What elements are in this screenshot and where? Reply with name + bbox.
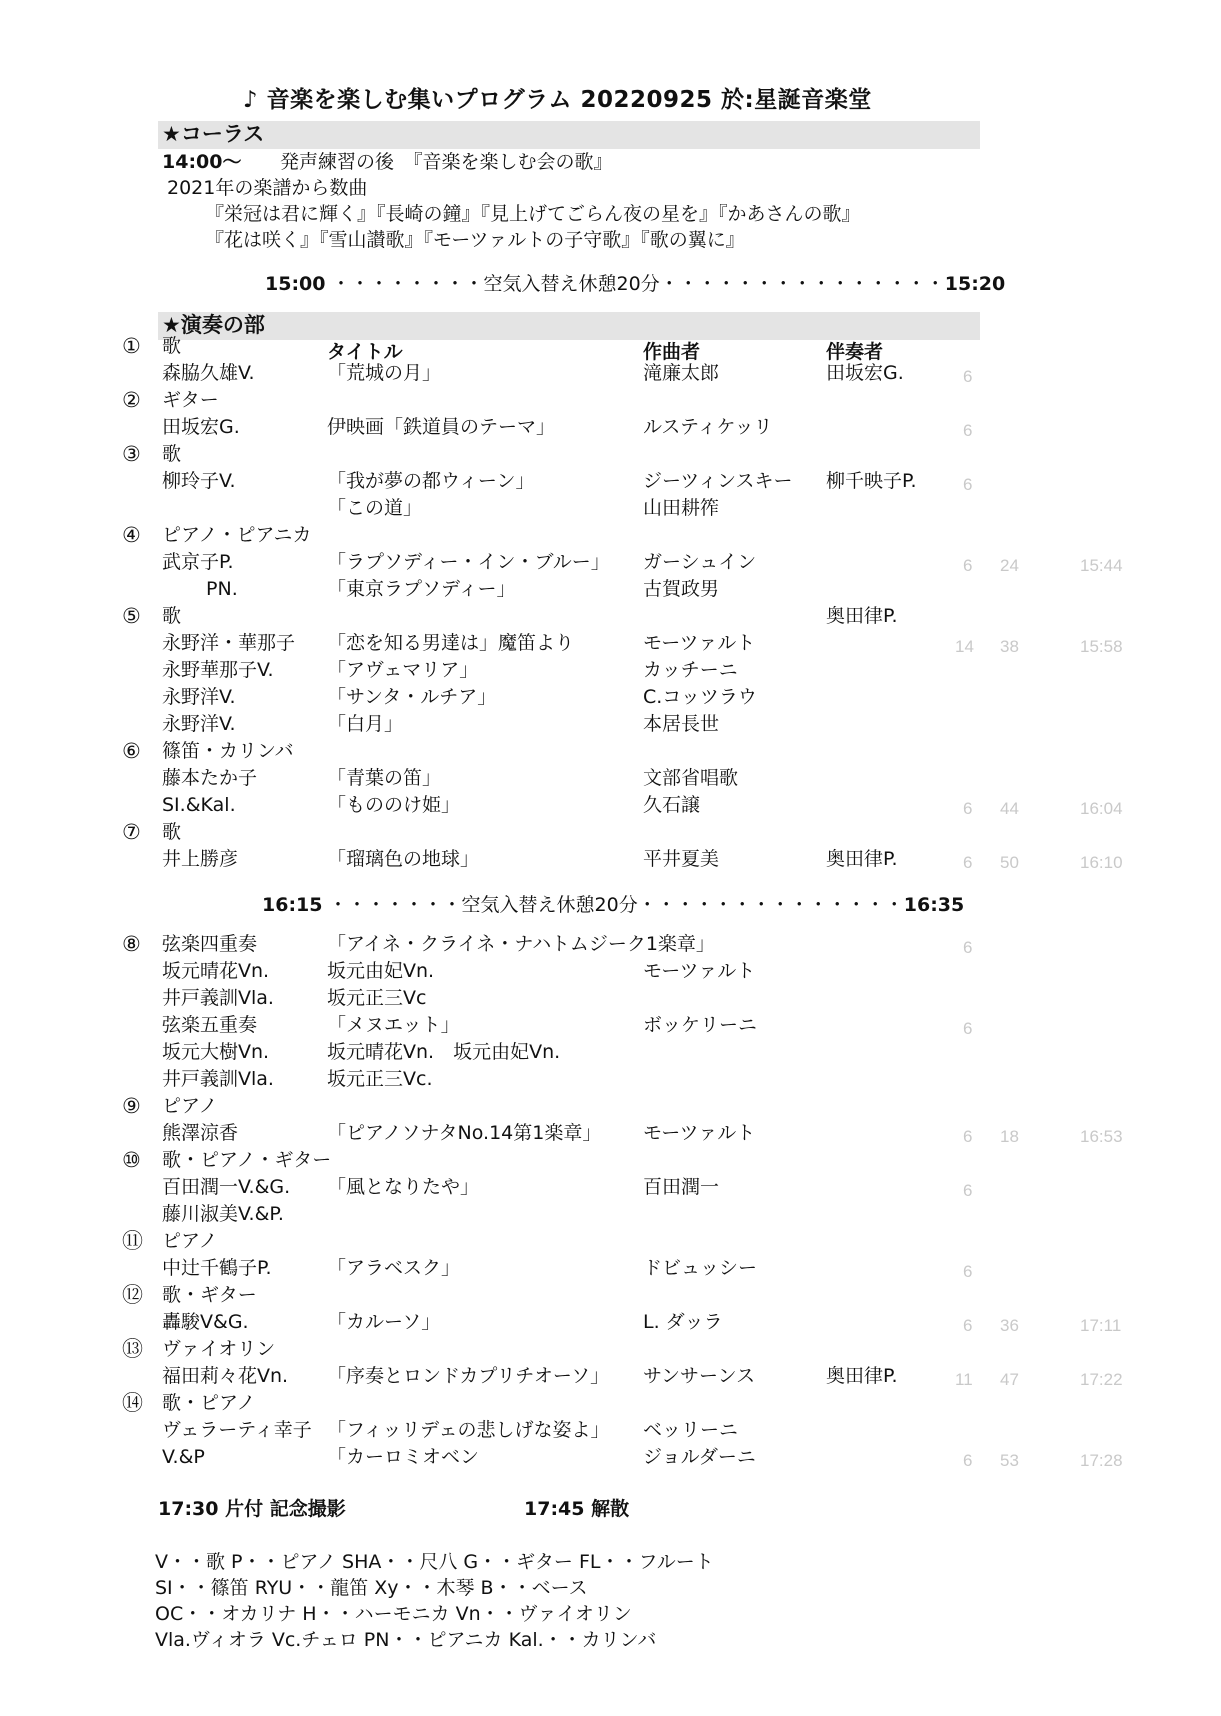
column-header-composer: 作曲者	[643, 343, 700, 362]
act-instrument: 歌	[162, 445, 181, 464]
performer: 坂元大樹Vn.	[162, 1043, 269, 1062]
composer: 百田潤一	[643, 1178, 719, 1197]
accompanist: 柳千映子P.	[826, 472, 917, 491]
accompanist: 田坂宏G.	[826, 364, 904, 383]
performer: 坂元晴花Vn.	[162, 962, 269, 981]
break-2-dots-left: ・・・・・・・	[329, 894, 462, 916]
song-title: 「メヌエット」	[327, 1016, 460, 1035]
accompanist: 奥田律P.	[826, 850, 898, 869]
performer: 武京子P.	[162, 553, 234, 572]
duration-minutes: 6	[963, 800, 972, 817]
cumulative-minutes: 53	[1000, 1452, 1019, 1469]
composer: ベッリーニ	[643, 1421, 738, 1440]
end-time: 17:28	[1080, 1452, 1123, 1469]
act-instrument: ピアノ	[162, 1097, 217, 1116]
song-title: 「もののけ姫」	[327, 796, 460, 815]
song-title: 「アラベスク」	[327, 1259, 460, 1278]
cumulative-minutes: 44	[1000, 800, 1019, 817]
chorus-section-bar	[158, 121, 980, 149]
duration-minutes: 6	[963, 476, 972, 493]
act-instrument: 歌・ギター	[162, 1286, 257, 1305]
break-2-label: 空気入替え休憩20分	[462, 894, 638, 916]
chorus-line-2: 2021年の楽譜から数曲	[167, 179, 367, 198]
song-title: 「フィッリデェの悲しげな姿よ」	[327, 1421, 610, 1440]
song-title: 「カルーソ」	[327, 1313, 440, 1332]
composer: ジョルダーニ	[643, 1448, 756, 1467]
song-title: 「ピアノソナタNo.14第1楽章」	[327, 1124, 601, 1143]
duration-minutes: 6	[963, 1452, 972, 1469]
act-number: ④	[122, 525, 141, 546]
end-time: 17:11	[1080, 1317, 1121, 1334]
act-number: ⑧	[122, 934, 141, 955]
performer: 中辻千鶴子P.	[162, 1259, 272, 1278]
duration-minutes: 6	[963, 1128, 972, 1145]
song-title: 「恋を知る男達は」魔笛より	[327, 634, 574, 653]
performer: 井戸義訓Vla.	[162, 1070, 274, 1089]
composer: 本居長世	[643, 715, 719, 734]
act-instrument: ピアノ・ピアニカ	[162, 526, 312, 545]
performer: SI.&Kal.	[162, 796, 236, 815]
duration-minutes: 6	[963, 1263, 972, 1280]
song-title: 「風となりたや」	[327, 1178, 479, 1197]
duration-minutes: 14	[955, 638, 974, 655]
chorus-songs-line-2: 『花は咲く』『雪山讃歌』『モーツァルトの子守歌』『歌の翼に』	[205, 231, 745, 250]
composer: C.コッツラウ	[643, 688, 757, 707]
program-title: ♪ 音楽を楽しむ集いプログラム 20220925 於:星誕音楽堂	[243, 89, 872, 112]
cumulative-minutes: 36	[1000, 1317, 1019, 1334]
song-title: 「サンタ・ルチア」	[327, 688, 496, 707]
act-number: ⑨	[122, 1096, 141, 1117]
act-number: ⑩	[122, 1150, 141, 1171]
song-title: 「カーロミオベン	[327, 1448, 479, 1467]
performer: 柳玲子V.	[162, 472, 236, 491]
song-title: 「序奏とロンドカプリチオーソ」	[327, 1367, 609, 1386]
abbreviation-legend-line-2: SI・・篠笛 RYU・・龍笛 Xy・・木琴 B・・ベース	[155, 1579, 588, 1598]
performer: 井上勝彦	[162, 850, 238, 869]
composer: ルスティケッリ	[643, 418, 773, 437]
performer: 森脇久雄V.	[162, 364, 255, 383]
accompanist: 奥田律P.	[826, 1367, 898, 1386]
act-number: ⑫	[122, 1285, 143, 1306]
composer: 平井夏美	[643, 850, 719, 869]
song-title: 「瑠璃色の地球」	[327, 850, 479, 869]
song-title: 坂元正三Vc	[327, 989, 426, 1008]
end-time: 16:10	[1080, 854, 1123, 871]
chorus-line-1: 発声練習の後 『音楽を楽しむ会の歌』	[280, 153, 613, 172]
performer: 永野洋V.	[162, 688, 236, 707]
performer: 永野洋・華那子	[162, 634, 295, 653]
act-number: ③	[122, 444, 141, 465]
performer: V.&P	[162, 1448, 205, 1467]
composer: サンサーンス	[643, 1367, 755, 1386]
performance-section-bar	[158, 312, 980, 340]
song-title: 「この道」	[327, 499, 422, 518]
break-1: 15:00 ・・・・・・・・空気入替え休憩20分・・・・・・・・・・・・・・・1…	[265, 275, 1005, 294]
end-time: 16:04	[1080, 800, 1123, 817]
song-title: 坂元正三Vc.	[327, 1070, 432, 1089]
break-2-end: 16:35	[904, 894, 964, 916]
performer: 百田潤一V.&G.	[162, 1178, 290, 1197]
accompanist: 奥田律P.	[826, 607, 898, 626]
song-title: 伊映画「鉄道員のテーマ」	[327, 418, 555, 437]
song-title: 「アヴェマリア」	[327, 661, 478, 680]
act-instrument: 篠笛・カリンバ	[162, 742, 294, 761]
act-number: ⑭	[122, 1393, 143, 1414]
composer: L. ダッラ	[643, 1313, 723, 1332]
act-instrument: ヴァイオリン	[162, 1340, 275, 1359]
break-2-start: 16:15	[262, 894, 322, 916]
composer: 古賀政男	[643, 580, 719, 599]
cumulative-minutes: 47	[1000, 1371, 1019, 1388]
composer: 久石譲	[643, 796, 700, 815]
end-time: 17:22	[1080, 1371, 1123, 1388]
composer: ガーシュイン	[643, 553, 756, 572]
chorus-start-time: 14:00～	[162, 153, 241, 172]
composer: ジーツィンスキー	[643, 472, 793, 491]
abbreviation-legend-line-4: Vla.ヴィオラ Vc.チェロ PN・・ピアニカ Kal.・・カリンバ	[155, 1631, 656, 1650]
closing-cleanup: 17:30 片付 記念撮影	[158, 1500, 346, 1519]
duration-minutes: 6	[963, 422, 972, 439]
performer: 弦楽五重奏	[162, 1016, 257, 1035]
break-1-dots-left: ・・・・・・・・	[332, 273, 484, 295]
composer: モーツァルト	[643, 1124, 755, 1143]
abbreviation-legend-line-1: V・・歌 P・・ピアノ SHA・・尺八 G・・ギター FL・・フルート	[155, 1553, 714, 1572]
performer: 轟駿V&G.	[162, 1313, 249, 1332]
cumulative-minutes: 50	[1000, 854, 1019, 871]
act-number: ⑤	[122, 606, 141, 627]
duration-minutes: 6	[963, 1182, 972, 1199]
duration-minutes: 6	[963, 368, 972, 385]
act-number: ⑬	[122, 1339, 143, 1360]
duration-minutes: 11	[955, 1371, 973, 1388]
end-time: 15:58	[1080, 638, 1123, 655]
composer: 滝廉太郎	[643, 364, 719, 383]
break-1-dots-right: ・・・・・・・・・・・・・・・	[660, 273, 945, 295]
performer: 藤本たか子	[162, 769, 257, 788]
song-title: 「アイネ・クライネ・ナハトムジーク1楽章」	[327, 935, 715, 954]
performer: 永野華那子V.	[162, 661, 274, 680]
break-1-label: 空気入替え休憩20分	[484, 273, 660, 295]
break-2: 16:15 ・・・・・・・空気入替え休憩20分・・・・・・・・・・・・・・16:…	[262, 896, 964, 915]
act-instrument: 歌	[162, 823, 181, 842]
act-number: ①	[122, 336, 141, 357]
composer: カッチーニ	[643, 661, 738, 680]
song-title: 「白月」	[327, 715, 403, 734]
act-instrument: 歌・ピアノ・ギター	[162, 1151, 331, 1170]
act-number: ⑥	[122, 741, 141, 762]
abbreviation-legend-line-3: OC・・オカリナ H・・ハーモニカ Vn・・ヴァイオリン	[155, 1605, 632, 1624]
cumulative-minutes: 38	[1000, 638, 1019, 655]
column-header-title: タイトル	[327, 343, 403, 362]
act-instrument: 歌	[162, 337, 181, 356]
song-title: 「ラプソディー・イン・ブルー」	[327, 553, 610, 572]
composer: 山田耕筰	[643, 499, 719, 518]
break-1-start: 15:00	[265, 273, 325, 295]
composer: ドビュッシー	[643, 1259, 757, 1278]
song-title: 「青葉の笛」	[327, 769, 441, 788]
performer: 田坂宏G.	[162, 418, 240, 437]
duration-minutes: 6	[963, 854, 972, 871]
cumulative-minutes: 18	[1000, 1128, 1019, 1145]
act-number: ⑪	[122, 1231, 143, 1252]
song-title: 「東京ラプソディー」	[327, 580, 515, 599]
performance-section-label: ★演奏の部	[162, 315, 265, 336]
break-2-dots-right: ・・・・・・・・・・・・・・	[638, 894, 904, 916]
composer: 文部省唱歌	[643, 769, 738, 788]
act-number: ②	[122, 390, 141, 411]
duration-minutes: 6	[963, 557, 972, 574]
act-number: ⑦	[122, 822, 141, 843]
composer: モーツァルト	[643, 634, 755, 653]
end-time: 15:44	[1080, 557, 1123, 574]
duration-minutes: 6	[963, 939, 972, 956]
act-instrument: ギター	[162, 391, 219, 410]
cumulative-minutes: 24	[1000, 557, 1019, 574]
act-instrument: 弦楽四重奏	[162, 935, 257, 954]
song-title: 「荒城の月」	[327, 364, 441, 383]
break-1-end: 15:20	[945, 273, 1005, 295]
song-title: 「我が夢の都ウィーン」	[327, 472, 534, 491]
performer: 熊澤涼香	[162, 1124, 238, 1143]
performer: ヴェラーティ幸子	[162, 1421, 312, 1440]
duration-minutes: 6	[963, 1317, 972, 1334]
end-time: 16:53	[1080, 1128, 1123, 1145]
column-header-accompanist: 伴奏者	[826, 343, 883, 362]
duration-minutes: 6	[963, 1020, 972, 1037]
act-instrument: ピアノ	[162, 1232, 217, 1251]
chorus-songs-line-1: 『栄冠は君に輝く』『長崎の鐘』『見上げてごらん夜の星を』『かあさんの歌』	[205, 205, 861, 224]
chorus-section-label: ★コーラス	[162, 124, 264, 145]
composer: モーツァルト	[643, 962, 755, 981]
performer: PN.	[162, 580, 238, 599]
closing-dismissal: 17:45 解散	[524, 1500, 629, 1519]
performer: 藤川淑美V.&P.	[162, 1205, 284, 1224]
song-title: 坂元由妃Vn.	[327, 962, 434, 981]
performer: 永野洋V.	[162, 715, 236, 734]
performer: 井戸義訓Vla.	[162, 989, 274, 1008]
song-title: 坂元晴花Vn. 坂元由妃Vn.	[327, 1043, 560, 1062]
composer: ボッケリーニ	[643, 1016, 757, 1035]
performer: 福田莉々花Vn.	[162, 1367, 288, 1386]
act-instrument: 歌・ピアノ	[162, 1394, 255, 1413]
act-instrument: 歌	[162, 607, 181, 626]
